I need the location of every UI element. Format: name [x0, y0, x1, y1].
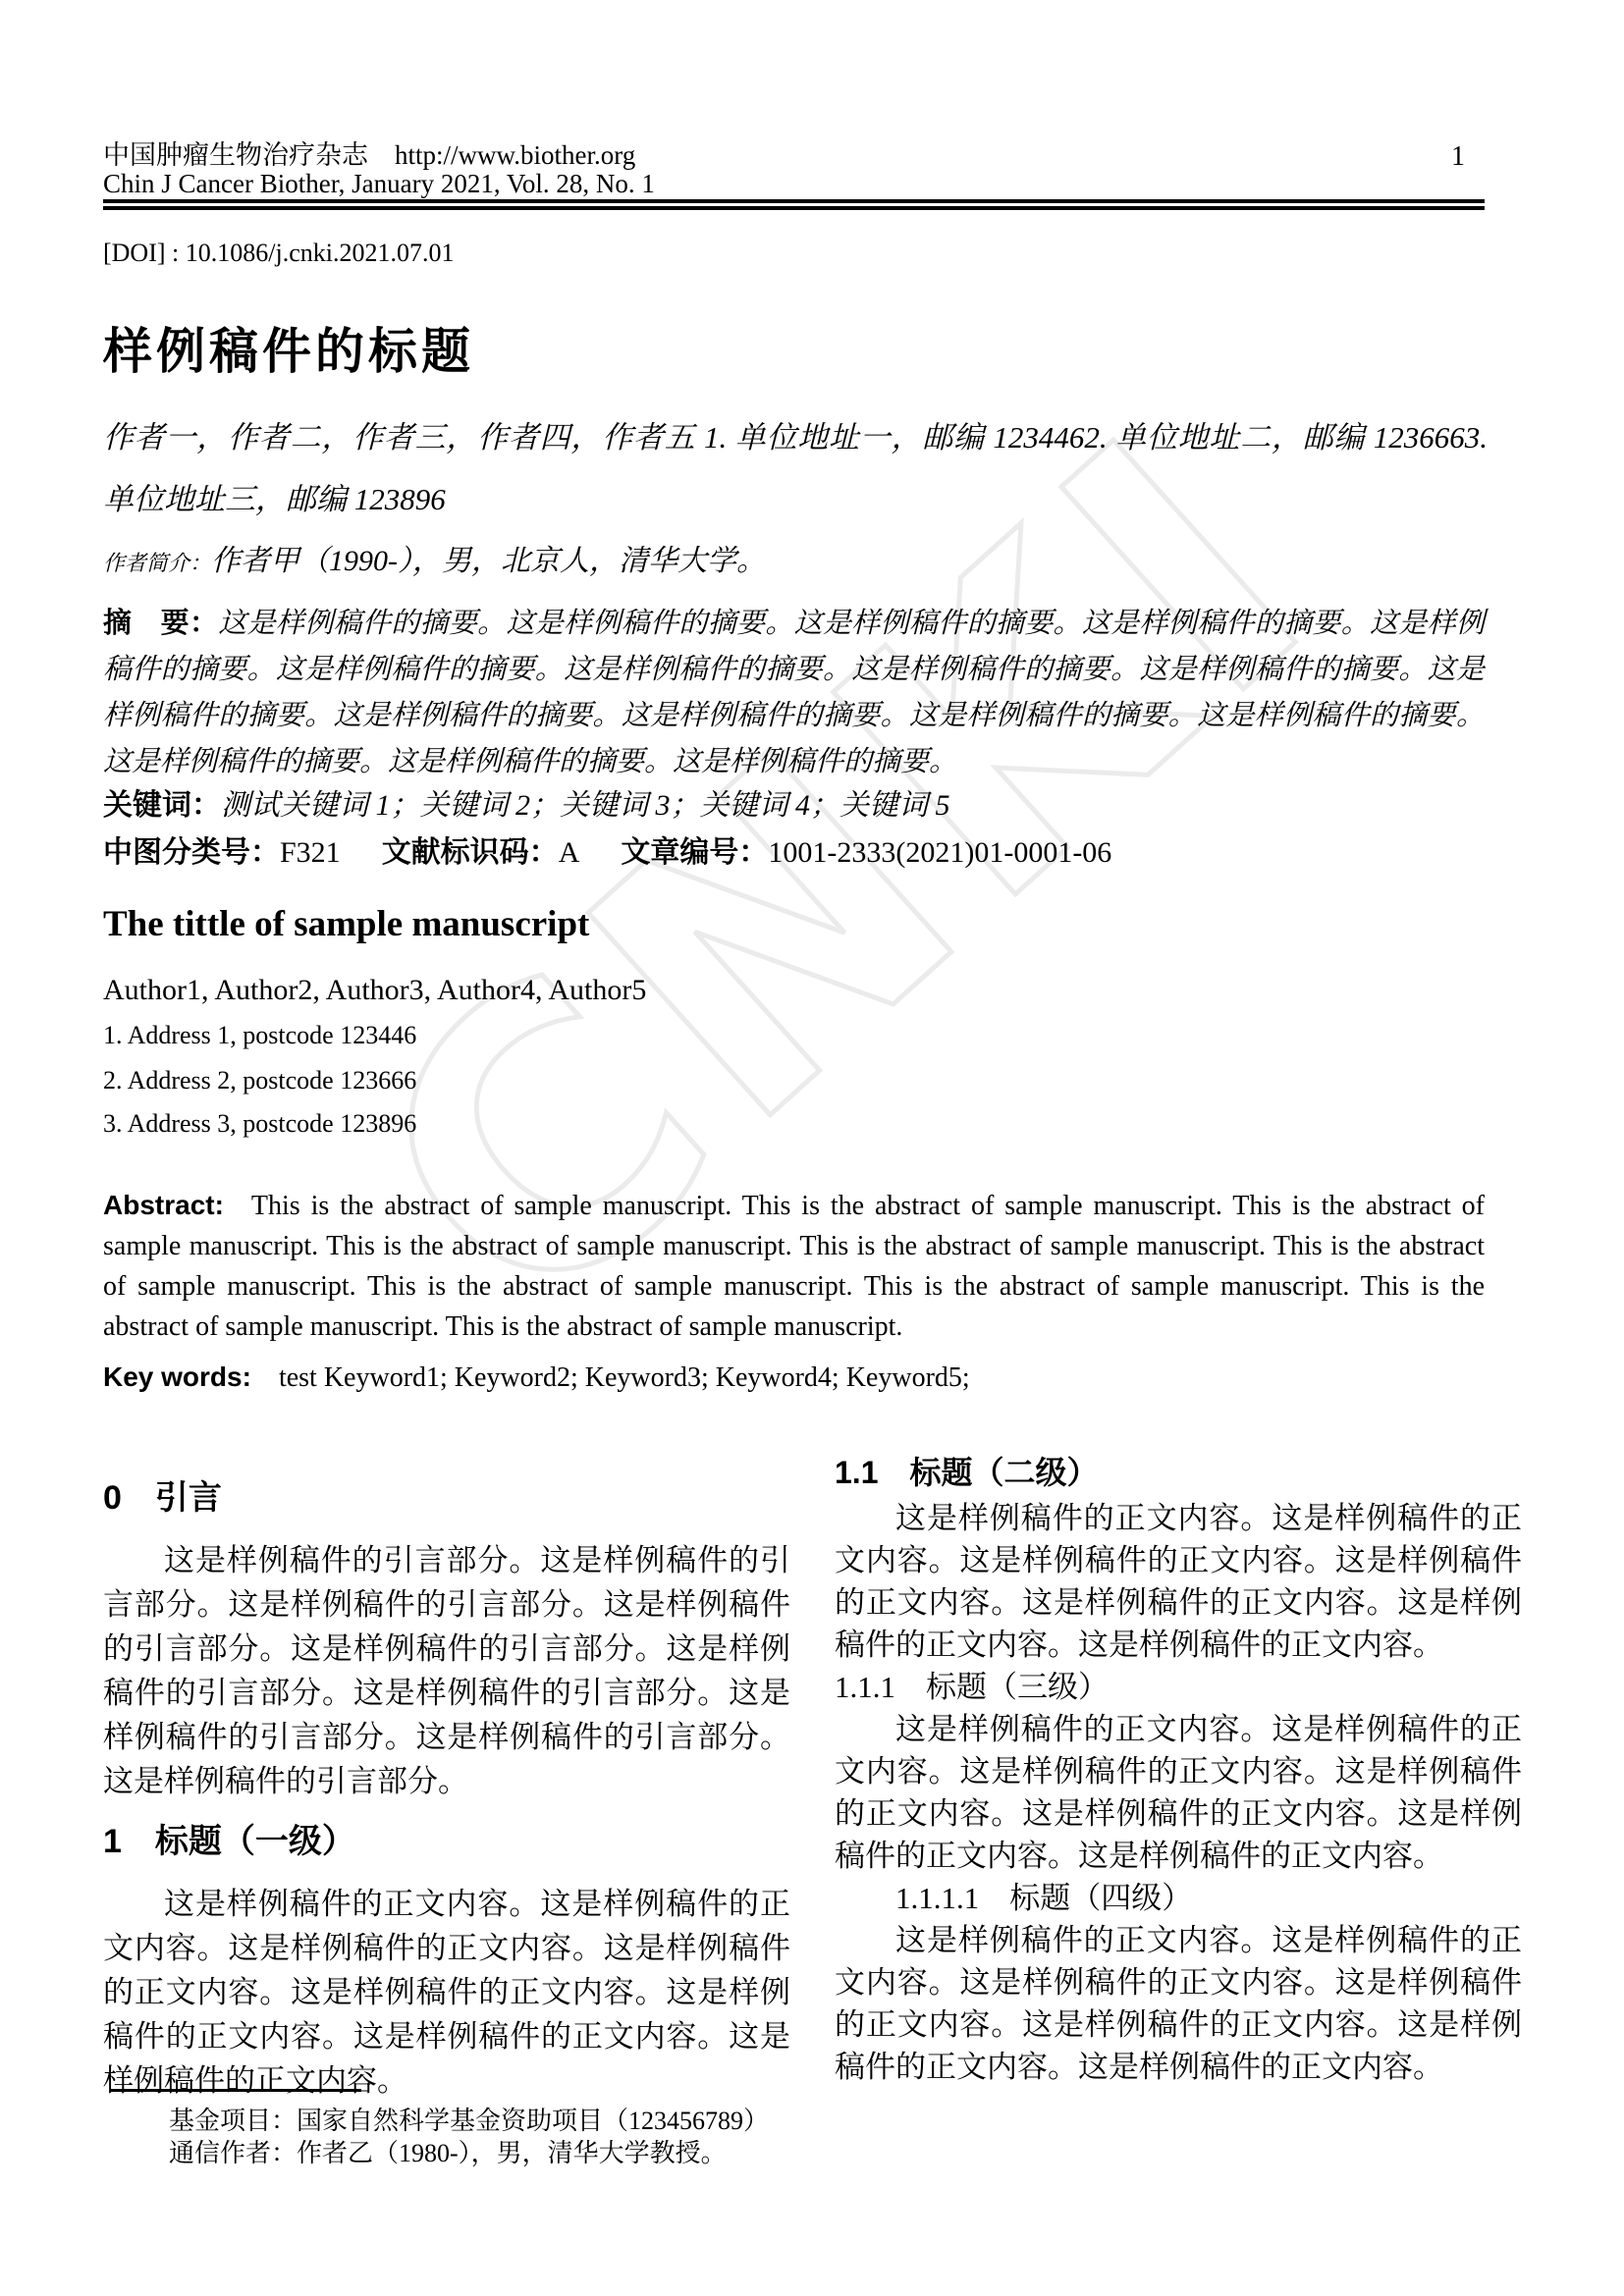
- classification-line: 中图分类号：F321文献标识码：A文章编号：1001-2333(2021)01-…: [103, 828, 1111, 871]
- body-paragraph: 这是样例稿件的正文内容。这是样例稿件的正文内容。这是样例稿件的正文内容。这是样例…: [103, 1882, 790, 2103]
- chinese-title: 样例稿件的标题: [103, 312, 474, 383]
- chinese-keywords-text: 测试关键词 1；关键词 2；关键词 3；关键词 4；关键词 5: [221, 789, 950, 822]
- doi-line: [DOI] : 10.1086/j.cnki.2021.07.01: [103, 239, 454, 268]
- chinese-abstract-text: 这是样例稿件的摘要。这是样例稿件的摘要。这是样例稿件的摘要。这是样例稿件的摘要。…: [103, 608, 1485, 777]
- doc-code-label: 文献标识码：: [382, 836, 559, 869]
- right-column: 1.1 标题（二级）这是样例稿件的正文内容。这是样例稿件的正文内容。这是样例稿件…: [835, 1433, 1522, 2088]
- english-abstract-text: This is the abstract of sample manuscrip…: [103, 1191, 1485, 1342]
- journal-header-en: Chin J Cancer Biother, January 2021, Vol…: [103, 169, 655, 199]
- english-keywords-text: test Keyword1; Keyword2; Keyword3; Keywo…: [279, 1362, 970, 1393]
- footnote-correspondence: 通信作者：作者乙（1980-），男，清华大学教授。: [169, 2137, 987, 2169]
- chinese-keywords-label: 关键词：: [103, 789, 221, 822]
- footnote-fund: 基金项目：国家自然科学基金资助项目（123456789）: [169, 2105, 987, 2137]
- chinese-abstract-label: 摘 要：: [103, 608, 218, 639]
- english-title: The tittle of sample manuscript: [103, 903, 589, 945]
- manuscript-page: CNKI 中国肿瘤生物治疗杂志 http://www.biother.org C…: [0, 0, 1624, 2296]
- english-address-3: 3. Address 3, postcode 123896: [103, 1109, 416, 1139]
- article-no-value: 1001-2333(2021)01-0001-06: [768, 836, 1111, 869]
- section-heading: 1.1.1.1 标题（四级）: [835, 1877, 1522, 1919]
- header-double-rule: [103, 199, 1485, 210]
- section-heading: 1.1.1 标题（三级）: [835, 1666, 1522, 1708]
- author-bio-label: 作者简介：: [103, 551, 211, 575]
- doc-code-value: A: [559, 836, 580, 869]
- body-paragraph: 这是样例稿件的正文内容。这是样例稿件的正文内容。这是样例稿件的正文内容。这是样例…: [835, 1919, 1522, 2088]
- page-number: 1: [1451, 141, 1465, 173]
- body-paragraph: 这是样例稿件的引言部分。这是样例稿件的引言部分。这是样例稿件的引言部分。这是样例…: [103, 1538, 790, 1803]
- footnote-block: 基金项目：国家自然科学基金资助项目（123456789） 通信作者：作者乙（19…: [103, 2105, 987, 2169]
- body-paragraph: 这是样例稿件的正文内容。这是样例稿件的正文内容。这是样例稿件的正文内容。这是样例…: [835, 1497, 1522, 1666]
- english-keywords-label: Key words:: [103, 1362, 251, 1392]
- chinese-abstract: 摘 要：这是样例稿件的摘要。这是样例稿件的摘要。这是样例稿件的摘要。这是样例稿件…: [103, 601, 1485, 785]
- footnote-rule: [111, 2089, 361, 2092]
- body-paragraph: 这是样例稿件的正文内容。这是样例稿件的正文内容。这是样例稿件的正文内容。这是样例…: [835, 1708, 1522, 1877]
- english-abstract: Abstract: This is the abstract of sample…: [103, 1185, 1485, 1347]
- english-address-2: 2. Address 2, postcode 123666: [103, 1066, 416, 1095]
- article-no-label: 文章编号：: [621, 836, 768, 869]
- section-heading: 1.1 标题（二级）: [835, 1453, 1522, 1492]
- section-heading: 1 标题（一级）: [103, 1821, 790, 1862]
- english-abstract-label: Abstract:: [103, 1190, 224, 1220]
- left-column: 0 引言这是样例稿件的引言部分。这是样例稿件的引言部分。这是样例稿件的引言部分。…: [103, 1433, 790, 2103]
- english-authors: Author1, Author2, Author3, Author4, Auth…: [103, 974, 646, 1007]
- english-address-1: 1. Address 1, postcode 123446: [103, 1021, 416, 1050]
- clc-label: 中图分类号：: [103, 836, 280, 869]
- author-bio-text: 作者甲（1990-），男，北京人，清华大学。: [211, 545, 766, 577]
- clc-value: F321: [280, 836, 341, 869]
- chinese-keywords-line: 关键词：测试关键词 1；关键词 2；关键词 3；关键词 4；关键词 5: [103, 780, 950, 824]
- journal-header-cn: 中国肿瘤生物治疗杂志 http://www.biother.org: [103, 133, 635, 172]
- author-bio-line: 作者简介：作者甲（1990-），男，北京人，清华大学。: [103, 536, 766, 579]
- chinese-authors: 作者一，作者二，作者三，作者四，作者五 1. 单位地址一，邮编 1234462.…: [103, 406, 1488, 530]
- section-heading: 0 引言: [103, 1477, 790, 1519]
- english-keywords-line: Key words: test Keyword1; Keyword2; Keyw…: [103, 1362, 970, 1394]
